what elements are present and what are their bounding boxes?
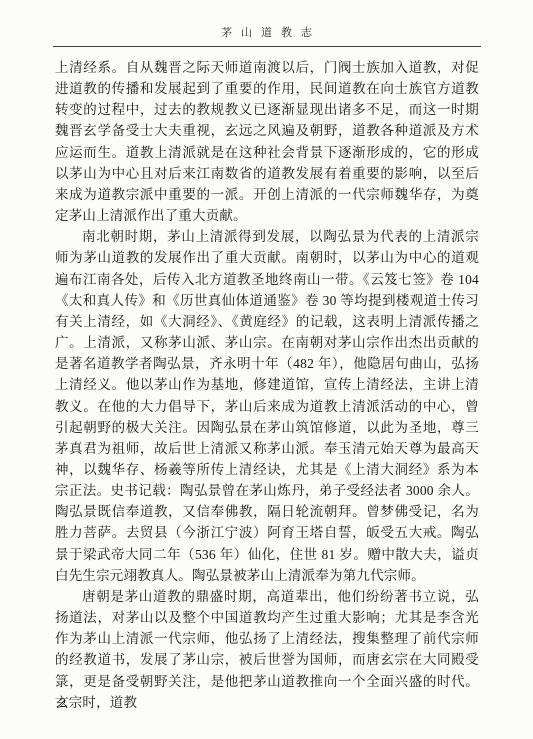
paragraph: 南北朝时期，茅山上清派得到发展，以陶弘景为代表的上清派宗师为茅山道教的发展作出了…: [55, 226, 479, 586]
paragraph: 唐朝是茅山道教的鼎盛时期，高道辈出，他们纷纷著书立说，弘扬道法，对茅山以及整个中…: [55, 586, 479, 713]
book-page: 茅山道教志 上清经系。自从魏晋之际天师道南渡以后，门阀士族加入道教，对促进道教的…: [0, 0, 533, 739]
page-body: 上清经系。自从魏晋之际天师道南渡以后，门阀士族加入道教，对促进道教的传播和发展起…: [55, 57, 479, 713]
header-rule: [53, 46, 481, 47]
running-header-title: 茅山道教志: [0, 24, 533, 40]
page-number: 2: [60, 696, 66, 711]
paragraph: 上清经系。自从魏晋之际天师道南渡以后，门阀士族加入道教，对促进道教的传播和发展起…: [55, 57, 479, 226]
